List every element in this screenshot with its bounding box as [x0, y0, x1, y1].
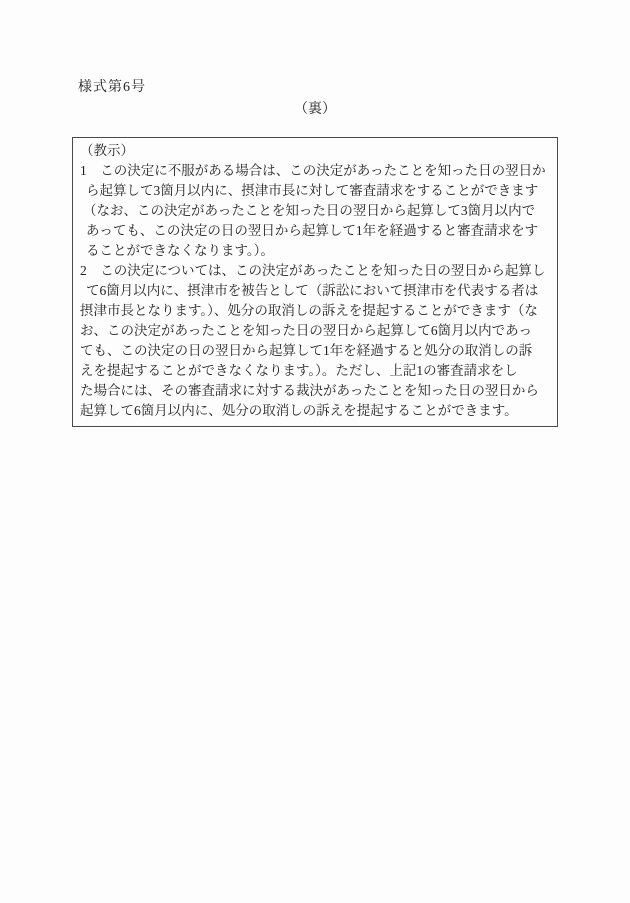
- notice-line: 摂津市長となります。）、処分の取消しの訴えを提起することができます（な: [80, 301, 551, 321]
- notice-line: 起算して6箇月以内に、処分の取消しの訴えを提起することができます。: [80, 401, 551, 421]
- notice-line: て6箇月以内に、摂津市を被告として（訴訟において摂津市を代表する者は: [80, 281, 551, 301]
- notice-line: （なお、この決定があったことを知った日の翌日から起算して3箇月以内で: [80, 201, 551, 221]
- notice-line: ら起算して3箇月以内に、摂津市長に対して審査請求をすることができます: [80, 181, 551, 201]
- notice-line: 2 この決定については、この決定があったことを知った日の翌日から起算し: [80, 261, 551, 281]
- notice-line: ることができなくなります。）。: [80, 241, 551, 261]
- page-side-label: （裏）: [0, 102, 630, 118]
- form-number-label: 様式第6号: [78, 80, 146, 96]
- notice-line: 1 この決定に不服がある場合は、この決定があったことを知った日の翌日か: [80, 161, 551, 181]
- notice-box: （教示）1 この決定に不服がある場合は、この決定があったことを知った日の翌日から…: [72, 137, 558, 427]
- notice-line: お、この決定があったことを知った日の翌日から起算して6箇月以内であっ: [80, 321, 551, 341]
- notice-line: ても、この決定の日の翌日から起算して1年を経過すると処分の取消しの訴: [80, 341, 551, 361]
- notice-line: あっても、この決定の日の翌日から起算して1年を経過すると審査請求をす: [80, 221, 551, 241]
- notice-line: えを提起することができなくなります。）。ただし、上記1の審査請求をし: [80, 361, 551, 381]
- notice-line: （教示）: [80, 141, 551, 161]
- notice-line: た場合には、その審査請求に対する裁決があったことを知った日の翌日から: [80, 381, 551, 401]
